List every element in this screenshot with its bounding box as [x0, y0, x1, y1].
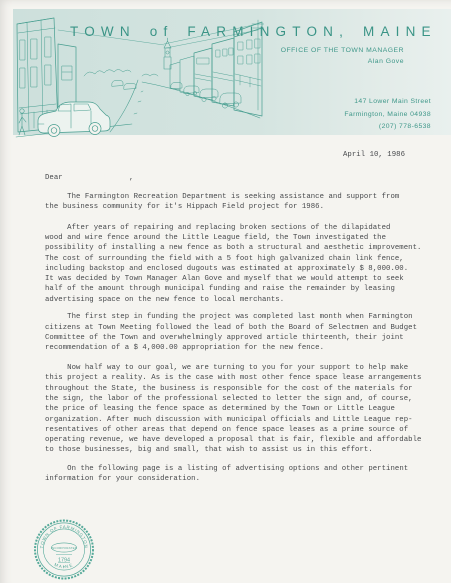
paragraph-1: The Farmington Recreation Department is … — [45, 192, 437, 213]
address-line-2: Farmington, Maine 04938 — [344, 109, 431, 122]
seal-star-icon: ✶ — [62, 565, 65, 569]
seal-year: 1794 — [58, 558, 70, 564]
paragraph-5: On the following page is a listing of ad… — [45, 464, 437, 485]
paragraph-2: After years of repairing and replacing b… — [45, 223, 437, 305]
office-block: OFFICE OF THE TOWN MANAGER Alan Gove — [281, 46, 404, 67]
address-line-1: 147 Lower Main Street — [344, 96, 431, 109]
seal-incorporated: INCORPORATED — [51, 546, 78, 550]
manager-name: Alan Gove — [281, 57, 404, 68]
letter-page: TOWN of FARMINGTON, MAINE OFFICE OF THE … — [0, 0, 451, 583]
town-seal: TOWN OF FARMINGTON MAINE INCORPORATED 17… — [32, 518, 96, 582]
office-line: OFFICE OF THE TOWN MANAGER — [281, 46, 404, 57]
letter-body: Dear , The Farmington Recreation Departm… — [45, 173, 437, 484]
paragraph-3: The first step in funding the project wa… — [45, 312, 437, 353]
paragraph-4: Now half way to our goal, we are turning… — [45, 363, 437, 456]
address-block: 147 Lower Main Street Farmington, Maine … — [344, 96, 431, 134]
letter-date: April 10, 1986 — [343, 151, 405, 159]
letterhead-title: TOWN of FARMINGTON, MAINE — [70, 24, 451, 39]
letterhead-band: TOWN of FARMINGTON, MAINE OFFICE OF THE … — [13, 9, 451, 135]
salutation: Dear , — [45, 173, 437, 183]
phone-line: (207) 778-6538 — [344, 121, 431, 134]
